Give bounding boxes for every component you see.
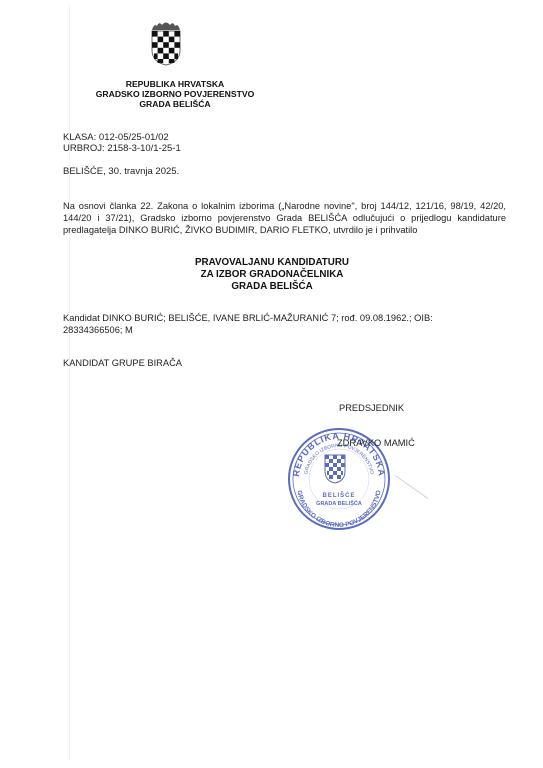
klasa-number: KLASA: 012-05/25-01/02 (63, 132, 169, 143)
header-line-2: GRADSKO IZBORNO POVJERENSTVO (70, 89, 280, 99)
signature-role: PREDSJEDNIK (339, 403, 404, 413)
candidate-details: Kandidat DINKO BURIĆ; BELIŠĆE, IVANE BRL… (63, 313, 483, 336)
header-line-1: REPUBLIKA HRVATSKA (70, 79, 280, 89)
title-line-2: ZA IZBOR GRADONAČELNIKA (170, 269, 374, 281)
title-line-3: GRADA BELIŠĆA (170, 281, 374, 293)
place-date: BELIŠĆE, 30. travnja 2025. (63, 166, 179, 177)
urbroj-number: URBROJ: 2158-3-10/1-25-1 (63, 143, 181, 154)
legal-basis-paragraph: Na osnovi članka 22. Zakona o lokalnim i… (63, 200, 506, 236)
candidate-group-type: KANDIDAT GRUPE BIRAČA (63, 358, 182, 368)
header-line-3: GRADA BELIŠĆA (70, 99, 280, 109)
signature-stroke (395, 475, 428, 499)
svg-text:GRADA BELIŠĆA: GRADA BELIŠĆA (316, 499, 362, 507)
title-line-1: PRAVOVALJANU KANDIDATURU (170, 257, 374, 269)
scan-edge-line (69, 5, 70, 760)
issuer-header: REPUBLIKA HRVATSKA GRADSKO IZBORNO POVJE… (70, 79, 280, 109)
document-page: REPUBLIKA HRVATSKA GRADSKO IZBORNO POVJE… (0, 0, 543, 768)
svg-text:BELIŠĆE: BELIŠĆE (322, 491, 355, 499)
croatian-coat-of-arms-icon (149, 20, 183, 66)
document-title: PRAVOVALJANU KANDIDATURU ZA IZBOR GRADON… (170, 257, 374, 293)
signature-name: ZDRAVKO MAMIĆ (337, 438, 415, 448)
